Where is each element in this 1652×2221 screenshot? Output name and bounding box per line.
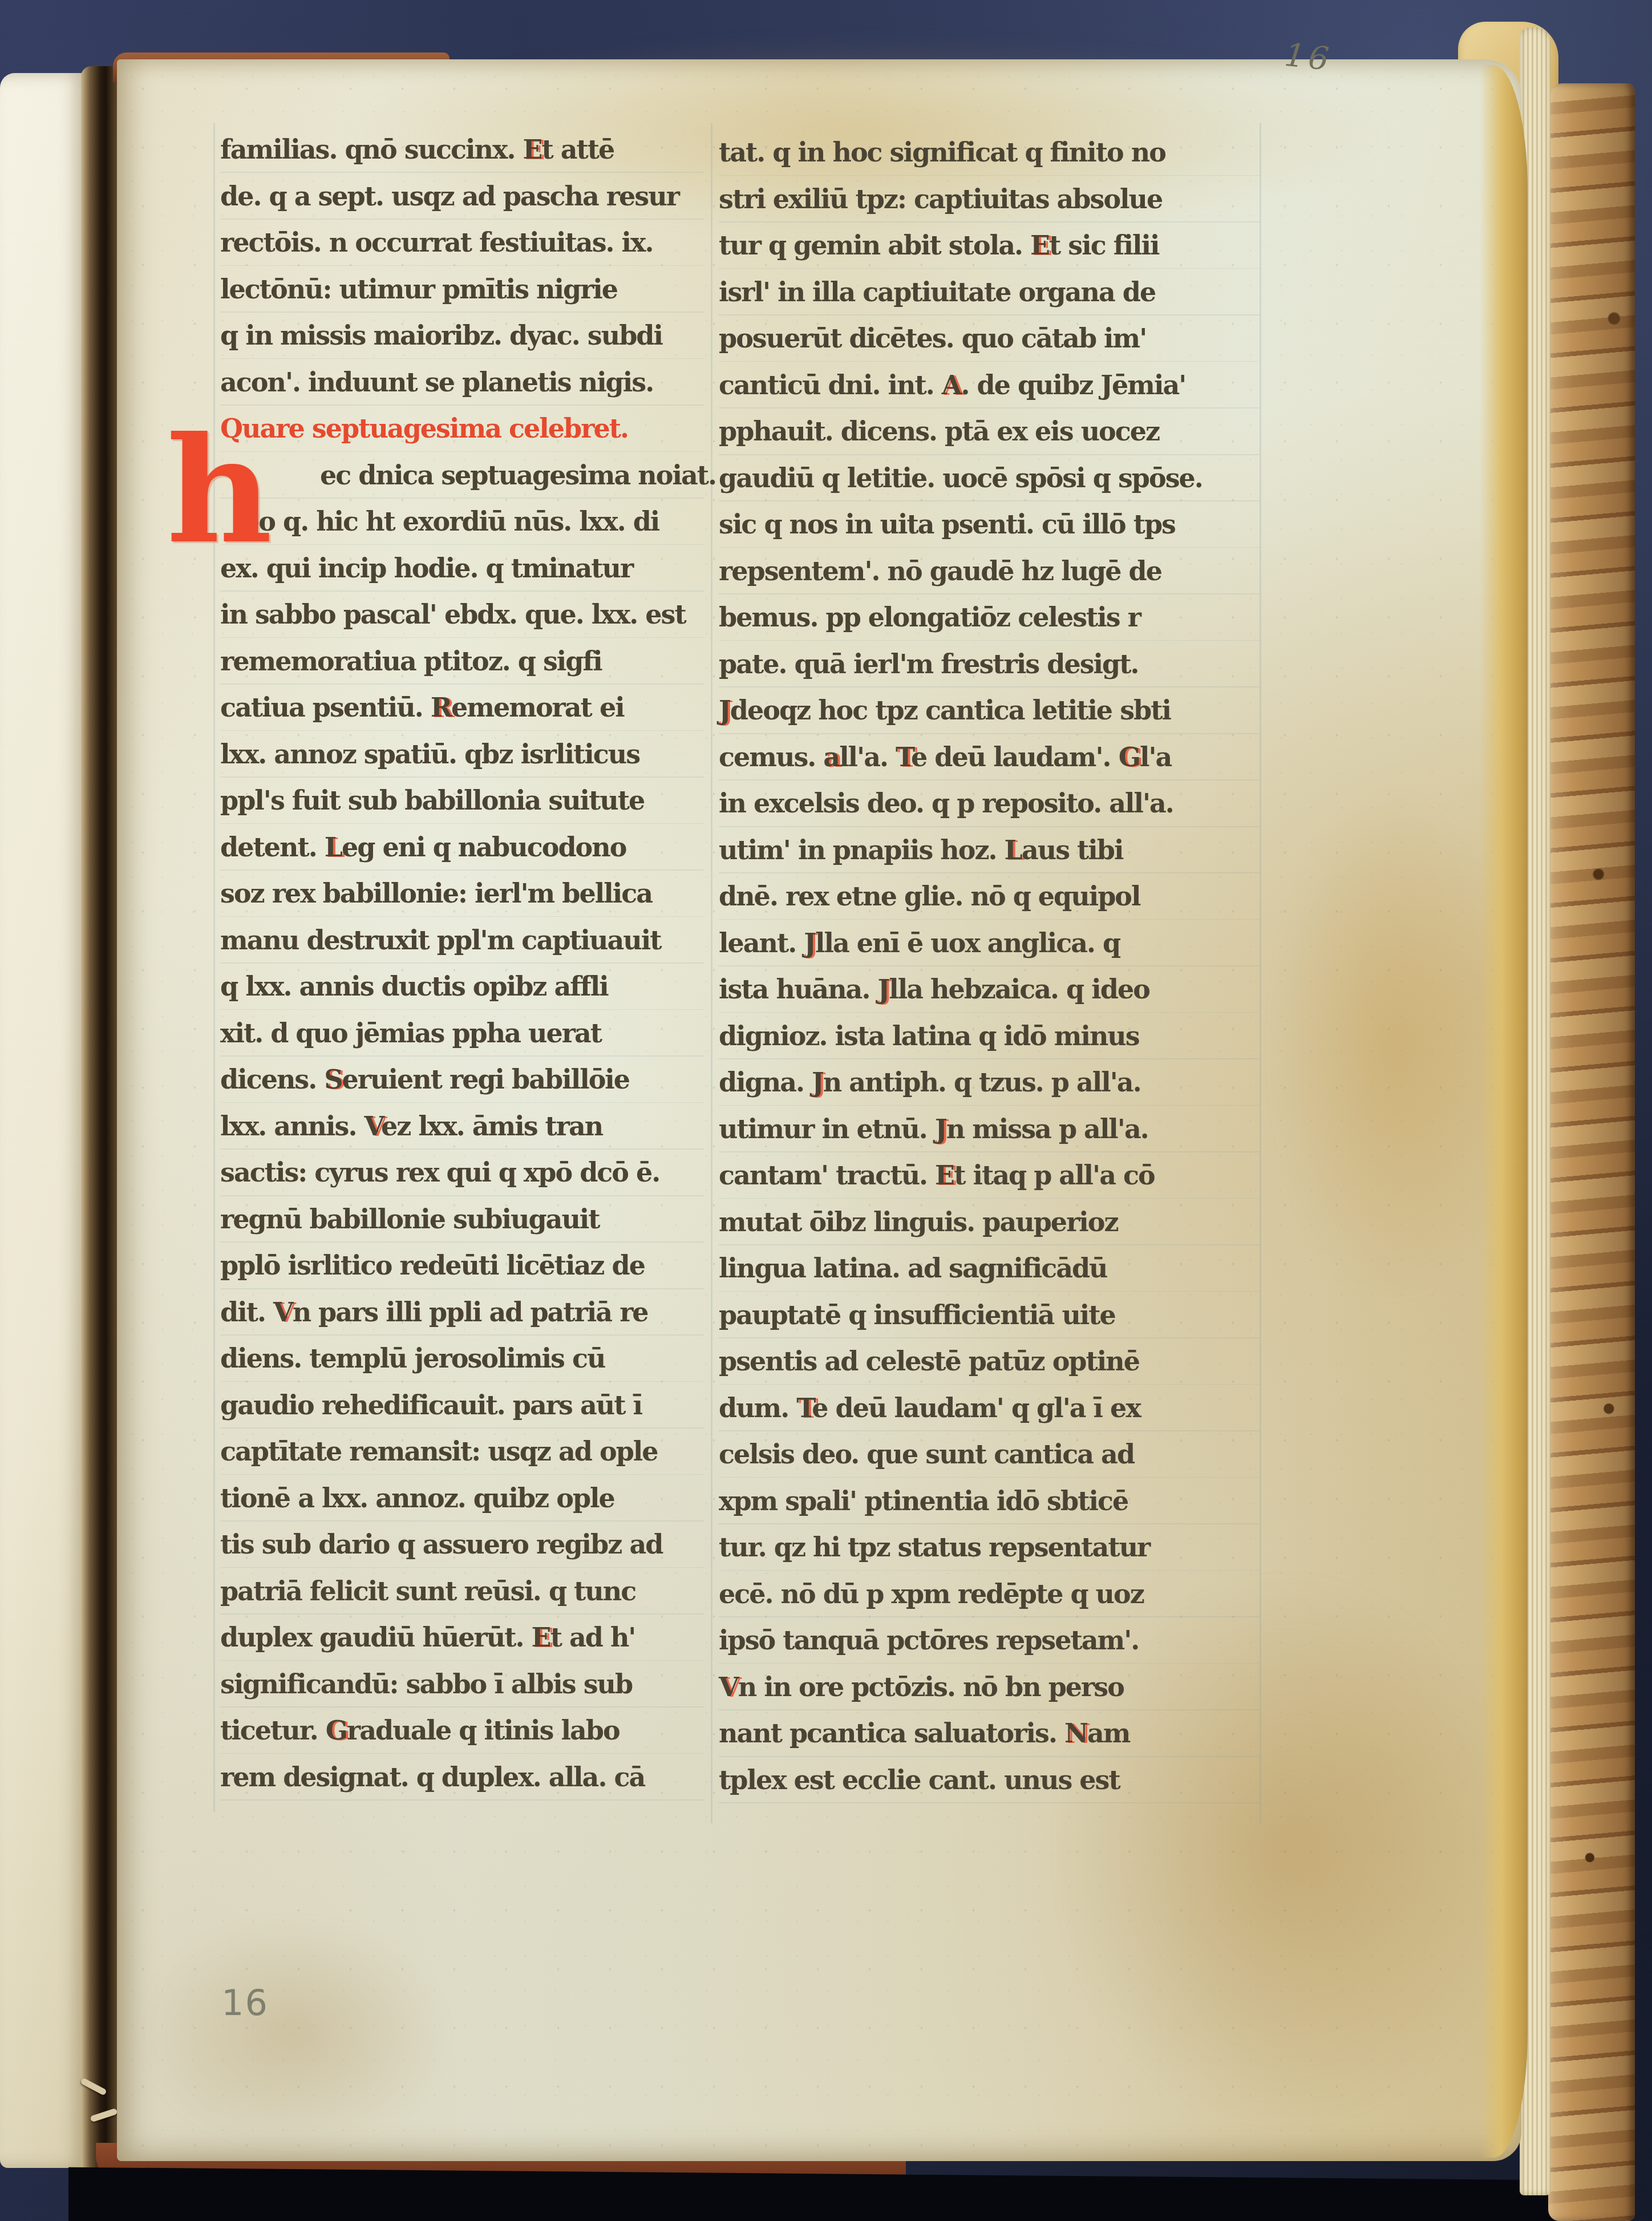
red-touched-capital: L — [325, 832, 342, 863]
ink-text: sic q nos in uita psenti. cū illō tps — [719, 509, 1175, 540]
text-line: isrl' in illa captiuitate organa de — [719, 269, 1260, 316]
red-touched-capital: J — [935, 1114, 946, 1144]
text-column-right: tat. q in hoc significat q finito nostri… — [719, 130, 1260, 1807]
ink-text: pphauit. dicens. ptā ex eis uocez — [719, 416, 1159, 447]
text-line: regnū babillonie subiugauit — [220, 1196, 704, 1243]
text-line: Jdeoqz hoc tpz cantica letitie sbti — [719, 687, 1260, 734]
ink-text: aus tibi — [1022, 835, 1123, 865]
ink-text: ista huāna. — [719, 974, 877, 1005]
ink-text: isrl' in illa captiuitate organa de — [719, 277, 1155, 308]
ink-text: nant pcantica saluatoris. — [719, 1718, 1064, 1749]
text-line: digna. Jn antiph. q tzus. p all'a. — [719, 1059, 1260, 1106]
text-line: duplex gaudiū hūerūt. Et ad h' — [220, 1615, 704, 1661]
text-line: eo q. hic ht exordiū nūs. lxx. di — [220, 499, 704, 545]
ink-text: lectōnū: utimur pmītis nigrie — [220, 274, 617, 305]
ink-text: pauptatē q insufficientiā uite — [719, 1300, 1115, 1330]
ink-text: n missa p all'a. — [946, 1114, 1148, 1144]
ink-text: tis sub dario q assuero regibz ad — [220, 1529, 662, 1560]
text-line: Vn in ore pctōzis. nō bn perso — [719, 1664, 1260, 1711]
red-touched-capital: A — [942, 370, 961, 400]
ink-text: e deū laudam'. — [911, 742, 1119, 772]
wood-board-edge — [1548, 83, 1635, 2221]
text-line: pate. quā ierl'm frestris desigt. — [719, 641, 1260, 688]
text-line: ista huāna. Jlla hebzaica. q ideo — [719, 966, 1260, 1013]
red-touched-capital: J — [812, 1067, 823, 1098]
red-touched-capital: R — [431, 692, 451, 723]
ink-text: e deū laudam' q gl'a ī ex — [812, 1393, 1140, 1423]
ink-text: lxx. annoz spatiū. qbz isrliticus — [220, 739, 639, 770]
red-touched-capital: S — [324, 1064, 342, 1095]
ink-text: gaudio rehedificauit. pars aūt ī — [220, 1390, 642, 1421]
ink-text: lla enī ē uox anglica. q — [815, 928, 1120, 958]
drop-cap-initial: h — [167, 431, 272, 551]
ink-text: utimur in etnū. — [719, 1114, 935, 1144]
ink-text: soz rex babillonie: ierl'm bellica — [220, 878, 652, 909]
red-touched-capital: G — [1119, 742, 1140, 772]
ink-text: in excelsis deo. q p reposito. all'a. — [719, 788, 1173, 819]
ink-text: repsentem'. nō gaudē hz lugē de — [719, 556, 1161, 586]
red-touched-capital: E — [532, 1622, 550, 1653]
ink-text: rectōis. n occurrat festiuitas. ix. — [220, 227, 653, 258]
ink-text: . de quibz Jēmia' — [961, 370, 1185, 400]
ink-text: posuerūt dicētes. quo cātab im' — [719, 323, 1146, 354]
text-line: rem designat. q duplex. alla. cā — [220, 1754, 704, 1801]
ink-text: mutat ōibz linguis. pauperioz — [719, 1207, 1118, 1237]
text-line: gaudio rehedificauit. pars aūt ī — [220, 1382, 704, 1429]
ink-text: significandū: sabbo ī albis sub — [220, 1669, 632, 1700]
ink-text: am — [1087, 1718, 1129, 1749]
red-touched-capital: V — [273, 1297, 293, 1328]
ink-text: bemus. pp elongatiōz celestis r — [719, 602, 1140, 633]
text-line: ticetur. Graduale q itinis labo — [220, 1708, 704, 1754]
ink-text: tplex est ecclie cant. unus est — [719, 1765, 1120, 1795]
text-line: leant. Jlla enī ē uox anglica. q — [719, 920, 1260, 967]
ink-text: regnū babillonie subiugauit — [220, 1204, 600, 1235]
text-line: xit. d quo jēmias ppha uerat — [220, 1010, 704, 1057]
ink-text: celsis deo. que sunt cantica ad — [719, 1439, 1134, 1470]
red-touched-capital: G — [326, 1715, 347, 1746]
text-line: dignioz. ista latina q idō minus — [719, 1013, 1260, 1060]
ink-text: eg eni q nabucodono — [342, 832, 626, 863]
red-touched-capital: V — [719, 1672, 738, 1702]
ink-text: eruient regi babillōie — [342, 1064, 630, 1095]
text-line: utim' in pnapiis hoz. Laus tibi — [719, 827, 1260, 874]
ink-text: n pars illi ppli ad patriā re — [293, 1297, 648, 1328]
ink-text: dignioz. ista latina q idō minus — [719, 1021, 1139, 1051]
text-line: lingua latina. ad sagnificādū — [719, 1245, 1260, 1292]
ink-text: t attē — [542, 134, 614, 165]
ink-text: deoqz hoc tpz cantica letitie sbti — [730, 695, 1171, 726]
text-line: nant pcantica saluatoris. Nam — [719, 1710, 1260, 1757]
red-touched-capital: E — [523, 134, 541, 165]
ink-text: t itaq p all'a cō — [954, 1160, 1155, 1191]
text-line: dit. Vn pars illi ppli ad patriā re — [220, 1289, 704, 1336]
ink-text: lxx. annis. — [220, 1111, 364, 1142]
ink-text: raduale q itinis labo — [347, 1715, 619, 1746]
ink-text: ez lxx. āmis tran — [381, 1111, 602, 1142]
ink-text: tur q gemin abit stola. — [719, 230, 1030, 261]
text-line: tionē a lxx. annoz. quibz ople — [220, 1475, 704, 1522]
text-line: canticū dni. int. A. de quibz Jēmia' — [719, 362, 1260, 409]
ink-text: dit. — [220, 1297, 273, 1328]
ink-text: dicens. — [220, 1064, 324, 1095]
text-line: q in missis maioribz. dyac. subdi — [220, 313, 704, 359]
text-line: dicens. Seruient regi babillōie — [220, 1057, 704, 1103]
ink-text: pplō isrlitico redeūti licētiaz de — [220, 1250, 645, 1281]
text-line: utimur in etnū. Jn missa p all'a. — [719, 1106, 1260, 1153]
ink-text: in sabbo pascal' ebdx. que. lxx. est — [220, 599, 686, 630]
ink-text: ec dnica septuagesima noiat. — [320, 460, 716, 491]
ink-text: ipsō tanquā pctōres repsetam'. — [719, 1625, 1139, 1656]
red-touched-capital: N — [1064, 1718, 1087, 1749]
text-line: ecē. nō dū p xpm redēpte q uoz — [719, 1571, 1260, 1618]
red-touched-capital: T — [796, 1393, 812, 1423]
ink-text: tat. q in hoc significat q finito no — [719, 137, 1165, 168]
photo-backdrop: familias. qnō succinx. Et attēde. q a se… — [0, 0, 1652, 2221]
ink-text: patriā felicit sunt reūsi. q tunc — [220, 1576, 635, 1607]
text-line: ec dnica septuagesima noiat. — [220, 452, 704, 499]
text-column-left: familias. qnō succinx. Et attēde. q a se… — [220, 127, 704, 1802]
rubric-text: Quare septuagesima celebret. — [220, 413, 628, 444]
ink-text: diens. templū jerosolimis cū — [220, 1343, 605, 1374]
ink-text: digna. — [719, 1067, 812, 1098]
ink-text: tionē a lxx. annoz. quibz ople — [220, 1483, 614, 1514]
ink-text: q lxx. annis ductis opibz affli — [220, 971, 608, 1002]
text-line: rectōis. n occurrat festiuitas. ix. — [220, 220, 704, 266]
red-touched-capital: E — [935, 1160, 954, 1191]
text-line: patriā felicit sunt reūsi. q tunc — [220, 1568, 704, 1615]
ink-text: t ad h' — [550, 1622, 635, 1653]
text-line: cemus. all'a. Te deū laudam'. Gl'a — [719, 734, 1260, 781]
ink-text: eo q. hic ht exordiū nūs. lxx. di — [243, 506, 659, 537]
text-line: cantam' tractū. Et itaq p all'a cō — [719, 1152, 1260, 1199]
ink-text: xit. d quo jēmias ppha uerat — [220, 1018, 601, 1049]
binding-gutter — [81, 66, 121, 2174]
ruling-line-vertical — [213, 123, 215, 1812]
text-line: de. q a sept. usqz ad pascha resur — [220, 173, 704, 220]
ink-text: tur. qz hi tpz status repsentatur — [719, 1532, 1149, 1563]
text-line: in excelsis deo. q p reposito. all'a. — [719, 780, 1260, 827]
ink-text: canticū dni. int. — [719, 370, 942, 400]
text-line: tur q gemin abit stola. Et sic filii — [719, 222, 1260, 269]
text-line: lxx. annoz spatiū. qbz isrliticus — [220, 731, 704, 778]
ink-text: dnē. rex etne glie. nō q equipol — [719, 881, 1140, 912]
text-line: tat. q in hoc significat q finito no — [719, 130, 1260, 176]
red-touched-capital: J — [719, 695, 730, 726]
red-touched-capital: J — [804, 928, 815, 958]
ink-text: n in ore pctōzis. nō bn perso — [738, 1672, 1124, 1702]
red-touched-capital: E — [1030, 230, 1049, 261]
ruling-line-vertical — [711, 123, 712, 1823]
ink-text: manu destruxit ppl'm captiuauit — [220, 925, 661, 956]
ink-text: rem designat. q duplex. alla. cā — [220, 1762, 645, 1793]
text-line: dnē. rex etne glie. nō q equipol — [719, 873, 1260, 920]
text-line: captītate remansit: usqz ad ople — [220, 1429, 704, 1475]
text-line: significandū: sabbo ī albis sub — [220, 1661, 704, 1708]
text-line: stri exiliū tpz: captiuitas absolue — [719, 176, 1260, 223]
text-line: dum. Te deū laudam' q gl'a ī ex — [719, 1385, 1260, 1432]
text-line: pphauit. dicens. ptā ex eis uocez — [719, 408, 1260, 455]
ink-text: rememoratiua ptitoz. q sigfi — [220, 646, 602, 677]
ink-text: t sic filii — [1049, 230, 1159, 261]
ink-text: captītate remansit: usqz ad ople — [220, 1436, 658, 1467]
text-line: ipsō tanquā pctōres repsetam'. — [719, 1617, 1260, 1664]
rubric-line: Quare septuagesima celebret. — [220, 406, 704, 452]
ink-text: pate. quā ierl'm frestris desigt. — [719, 649, 1138, 679]
ink-text: duplex gaudiū hūerūt. — [220, 1622, 532, 1653]
ink-text: l'a — [1140, 742, 1171, 772]
ink-text: familias. qnō succinx. — [220, 134, 523, 165]
text-line: ex. qui incip hodie. q tminatur — [220, 545, 704, 592]
ink-text: acon'. induunt se planetis nigis. — [220, 367, 653, 398]
text-line: bemus. pp elongatiōz celestis r — [719, 594, 1260, 641]
text-line: lectōnū: utimur pmītis nigrie — [220, 266, 704, 313]
ink-text: gaudiū q letitie. uocē spōsi q spōse. — [719, 463, 1202, 493]
fore-edge-curl — [1480, 65, 1528, 2158]
red-touched-capital: T — [896, 742, 911, 772]
text-line: tplex est ecclie cant. unus est — [719, 1757, 1260, 1804]
ink-text: ppl's fuit sub babillonia suitute — [220, 785, 644, 816]
ink-text: q in missis maioribz. dyac. subdi — [220, 320, 662, 351]
red-touched-capital: J — [877, 974, 889, 1005]
text-line: repsentem'. nō gaudē hz lugē de — [719, 548, 1260, 595]
facing-page-edge — [0, 73, 87, 2168]
ruling-line-vertical — [1260, 123, 1261, 1823]
text-line: catiua psentiū. Rememorat ei — [220, 685, 704, 731]
ink-text: de. q a sept. usqz ad pascha resur — [220, 181, 679, 212]
ink-text: catiua psentiū. — [220, 692, 431, 723]
text-line: xpm spali' ptinentia idō sbticē — [719, 1478, 1260, 1525]
ink-text: sactis: cyrus rex qui q xpō dcō ē. — [220, 1157, 659, 1188]
ink-text: cantam' tractū. — [719, 1160, 935, 1191]
text-line: diens. templū jerosolimis cū — [220, 1336, 704, 1382]
ink-text: psentis ad celestē patūz optinē — [719, 1346, 1139, 1377]
text-line: tis sub dario q assuero regibz ad — [220, 1522, 704, 1568]
text-line: sactis: cyrus rex qui q xpō dcō ē. — [220, 1150, 704, 1196]
text-line: tur. qz hi tpz status repsentatur — [719, 1524, 1260, 1571]
text-line: pauptatē q insufficientiā uite — [719, 1292, 1260, 1339]
text-line: manu destruxit ppl'm captiuauit — [220, 917, 704, 964]
ink-text: detent. — [220, 832, 325, 863]
text-line: posuerūt dicētes. quo cātab im' — [719, 315, 1260, 362]
ink-text: dum. — [719, 1393, 796, 1423]
text-line: ppl's fuit sub babillonia suitute — [220, 778, 704, 824]
text-line: lxx. annis. Vez lxx. āmis tran — [220, 1103, 704, 1150]
text-line: celsis deo. que sunt cantica ad — [719, 1431, 1260, 1478]
ink-text: ex. qui incip hodie. q tminatur — [220, 553, 633, 584]
red-touched-capital: L — [1005, 835, 1022, 865]
text-line: mutat ōibz linguis. pauperioz — [719, 1199, 1260, 1246]
ink-text: ticetur. — [220, 1715, 326, 1746]
text-line: psentis ad celestē patūz optinē — [719, 1338, 1260, 1385]
ink-text: n antiph. q tzus. p all'a. — [823, 1067, 1141, 1098]
text-line: q lxx. annis ductis opibz affli — [220, 964, 704, 1010]
text-line: soz rex babillonie: ierl'm bellica — [220, 871, 704, 917]
text-line: sic q nos in uita psenti. cū illō tps — [719, 501, 1260, 548]
ink-text: lingua latina. ad sagnificādū — [719, 1253, 1107, 1284]
text-line: rememoratiua ptitoz. q sigfi — [220, 638, 704, 685]
folio-number-bottom: 16 — [221, 1982, 269, 2024]
red-touched-capital: a — [823, 742, 839, 772]
text-line: gaudiū q letitie. uocē spōsi q spōse. — [719, 455, 1260, 502]
folio-number-top: 16 — [1283, 37, 1334, 78]
text-line: detent. Leg eni q nabucodono — [220, 824, 704, 871]
ink-text: xpm spali' ptinentia idō sbticē — [719, 1486, 1128, 1516]
ink-text: ecē. nō dū p xpm redēpte q uoz — [719, 1579, 1144, 1609]
red-touched-capital: V — [364, 1111, 380, 1142]
text-line: familias. qnō succinx. Et attē — [220, 127, 704, 173]
text-line: pplō isrlitico redeūti licētiaz de — [220, 1243, 704, 1289]
ink-text: ll'a. — [839, 742, 896, 772]
text-line: acon'. induunt se planetis nigis. — [220, 359, 704, 406]
ink-text: ememorat ei — [451, 692, 624, 723]
ink-text: stri exiliū tpz: captiuitas absolue — [719, 184, 1162, 215]
ink-text: lla hebzaica. q ideo — [889, 974, 1149, 1005]
text-line: in sabbo pascal' ebdx. que. lxx. est — [220, 592, 704, 638]
ink-text: leant. — [719, 928, 804, 958]
ink-text: utim' in pnapiis hoz. — [719, 835, 1005, 865]
ink-text: cemus. — [719, 742, 823, 772]
